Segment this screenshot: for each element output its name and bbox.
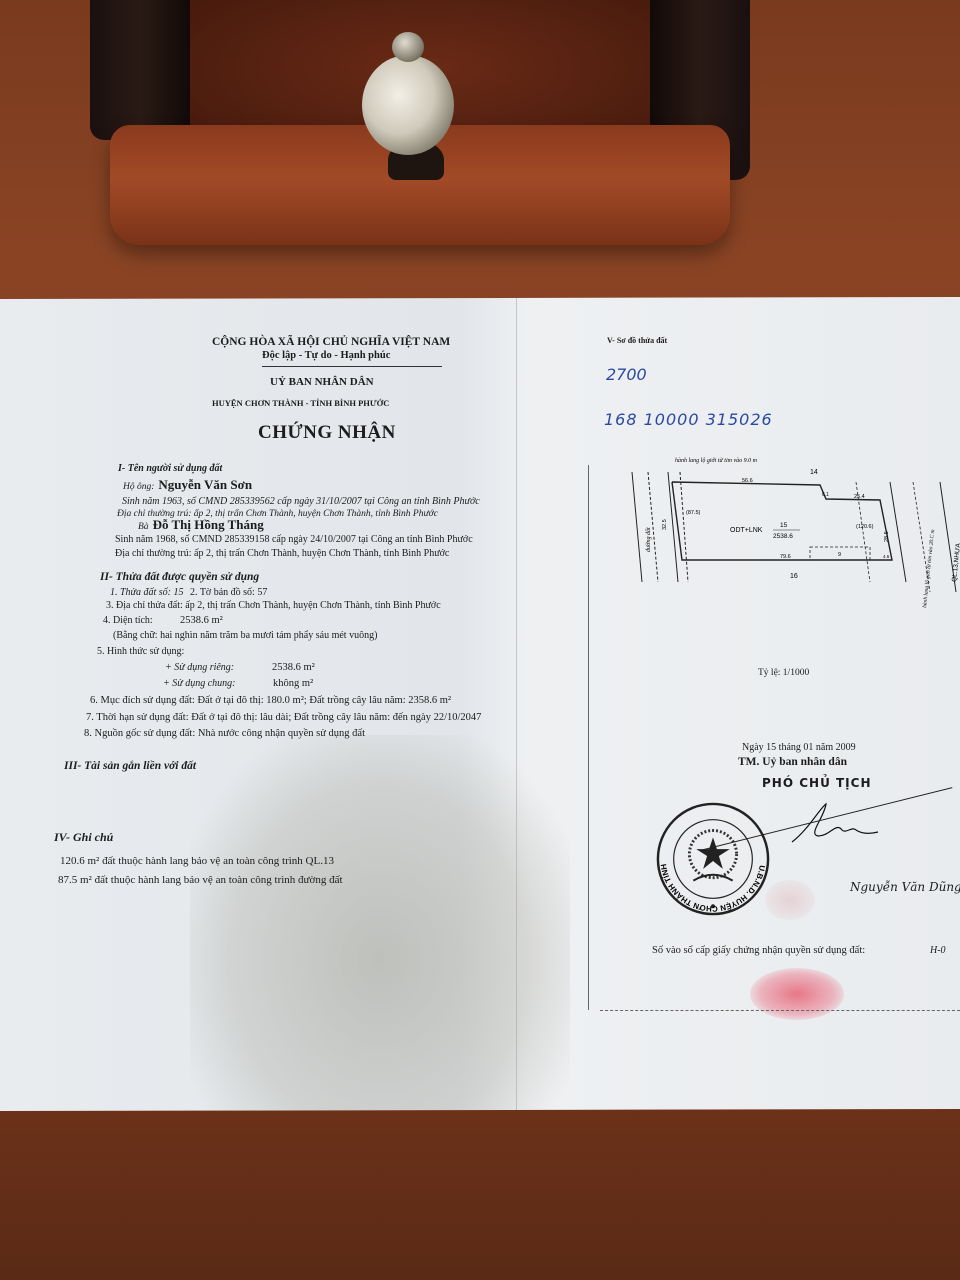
header-rule bbox=[262, 366, 442, 367]
owner1: Hộ ông: Nguyễn Văn Sơn bbox=[123, 476, 252, 494]
map-sheet: 2. Tờ bản đồ số: 57 bbox=[190, 587, 267, 598]
section-4-heading: IV- Ghi chú bbox=[54, 830, 113, 845]
svg-text:28.5: 28.5 bbox=[884, 531, 890, 542]
svg-text:25.4: 25.4 bbox=[854, 494, 865, 500]
owner1-name: Nguyễn Văn Sơn bbox=[158, 477, 252, 492]
svg-text:4.6: 4.6 bbox=[883, 554, 890, 559]
signer-position: PHÓ CHỦ TỊCH bbox=[762, 776, 872, 790]
owner1-birth: Sinh năm 1963, số CMND 285339562 cấp ngà… bbox=[122, 496, 480, 507]
shared-use-label: + Sử dụng chung: bbox=[163, 678, 235, 689]
svg-text:hành lang lộ giới từ tim vào 2: hành lang lộ giới từ tim vào 20.C m bbox=[922, 529, 936, 608]
note-1: 120.6 m² đất thuộc hành lang bảo vệ an t… bbox=[60, 855, 334, 867]
land-origin: 8. Nguồn gốc sử dụng đất: Nhà nước công … bbox=[84, 728, 365, 739]
bottom-border bbox=[600, 1010, 960, 1011]
svg-text:79.6: 79.6 bbox=[780, 554, 791, 560]
republic-header: CỘNG HÒA XÃ HỘI CHỦ NGHĨA VIỆT NAM bbox=[212, 336, 450, 348]
svg-text:(120.6): (120.6) bbox=[856, 524, 874, 530]
area-value: 2538.6 m² bbox=[180, 615, 223, 626]
area-label: 4. Diện tích: bbox=[103, 615, 153, 626]
parcel-address: 3. Địa chỉ thửa đất: ấp 2, thị trấn Chơn… bbox=[106, 600, 441, 611]
section-5-heading: V- Sơ đồ thửa đất bbox=[607, 336, 667, 345]
svg-text:2538.6: 2538.6 bbox=[773, 533, 793, 540]
svg-text:QL.13,NHỰA: QL.13,NHỰA bbox=[951, 542, 960, 582]
official-stamp-icon: U.B.N.D. HUYỆN CHƠN THÀNH TỈNH BÌNH PHƯỚ… bbox=[654, 800, 772, 918]
section-1-heading: I- Tên người sử dụng đất bbox=[118, 463, 222, 474]
private-use-label: + Sử dụng riêng: bbox=[165, 662, 234, 673]
svg-text:đường đất: đường đất bbox=[645, 527, 652, 552]
svg-text:6.1: 6.1 bbox=[822, 492, 829, 498]
faint-stamp bbox=[765, 880, 815, 920]
svg-text:9: 9 bbox=[838, 552, 841, 558]
district: HUYỆN CHƠN THÀNH - TỈNH BÌNH PHƯỚC bbox=[212, 398, 389, 408]
knob-top bbox=[392, 32, 424, 62]
handwritten-note-2: 168 10000 315026 bbox=[604, 410, 773, 429]
land-duration: 7. Thời hạn sử dụng đất: Đất ở tại đô th… bbox=[86, 712, 481, 723]
svg-text:(87.5): (87.5) bbox=[686, 510, 701, 516]
shadow bbox=[190, 735, 570, 1110]
svg-text:32.5: 32.5 bbox=[662, 519, 668, 530]
document-title: CHỨNG NHẬN bbox=[258, 422, 396, 444]
page-border bbox=[588, 465, 589, 1010]
issue-date: Ngày 15 tháng 01 năm 2009 bbox=[742, 742, 856, 753]
parcel-map: hành lang lộ giới từ tim vào 9.0 m 14 56… bbox=[630, 452, 960, 612]
knob bbox=[362, 55, 454, 155]
parcel-number: 1. Thửa đất số: 15 bbox=[110, 587, 184, 598]
signer-name: Nguyễn Văn Dũng bbox=[850, 880, 960, 894]
owner2-birth: Sinh năm 1968, số CMND 285339158 cấp ngà… bbox=[115, 534, 473, 545]
shared-use-value: không m² bbox=[273, 678, 313, 689]
owner2-address: Địa chỉ thường trú: ấp 2, thị trấn Chơn … bbox=[115, 548, 449, 559]
area-in-words: (Bằng chữ: hai nghìn năm trăm ba mươi tá… bbox=[113, 630, 377, 641]
svg-text:14: 14 bbox=[810, 469, 818, 476]
svg-text:hành lang lộ giới từ tim vào 9: hành lang lộ giới từ tim vào 9.0 m bbox=[675, 458, 758, 464]
registry-label: Số vào sổ cấp giấy chứng nhận quyền sử d… bbox=[652, 945, 865, 956]
on-behalf-of: TM. Uỷ ban nhân dân bbox=[738, 756, 847, 768]
svg-text:56.6: 56.6 bbox=[742, 478, 753, 484]
note-2: 87.5 m² đất thuộc hành lang bảo vệ an to… bbox=[58, 874, 343, 886]
cabinet-background bbox=[0, 0, 960, 300]
svg-text:16: 16 bbox=[790, 573, 798, 580]
map-scale: Tỷ lệ: 1/1000 bbox=[758, 668, 809, 678]
registry-value: H-0 bbox=[930, 945, 946, 956]
owner2-prefix: Bà bbox=[138, 522, 149, 532]
red-seal-mark bbox=[750, 968, 844, 1020]
section-2-heading: II- Thửa đất được quyền sử dụng bbox=[100, 571, 259, 583]
motto: Độc lập - Tự do - Hạnh phúc bbox=[262, 350, 390, 361]
owner2-name: Đỗ Thị Hồng Tháng bbox=[153, 517, 264, 532]
owner1-prefix: Hộ ông: bbox=[123, 482, 154, 492]
section-3-heading: III- Tài sản gắn liền với đất bbox=[64, 760, 196, 772]
signature bbox=[790, 800, 880, 845]
cabinet-leg-left bbox=[90, 0, 190, 140]
private-use-value: 2538.6 m² bbox=[272, 662, 315, 673]
handwritten-note-1: 2700 bbox=[606, 365, 647, 384]
committee: UỶ BAN NHÂN DÂN bbox=[270, 376, 374, 388]
owner2: Bà Đỗ Thị Hồng Tháng bbox=[138, 516, 264, 534]
land-purpose: 6. Mục đích sử dụng đất: Đất ở tại đô th… bbox=[90, 695, 451, 706]
svg-text:15: 15 bbox=[780, 522, 788, 529]
svg-text:ODT+LNK: ODT+LNK bbox=[730, 527, 763, 534]
usage-form-label: 5. Hình thức sử dụng: bbox=[97, 646, 184, 657]
